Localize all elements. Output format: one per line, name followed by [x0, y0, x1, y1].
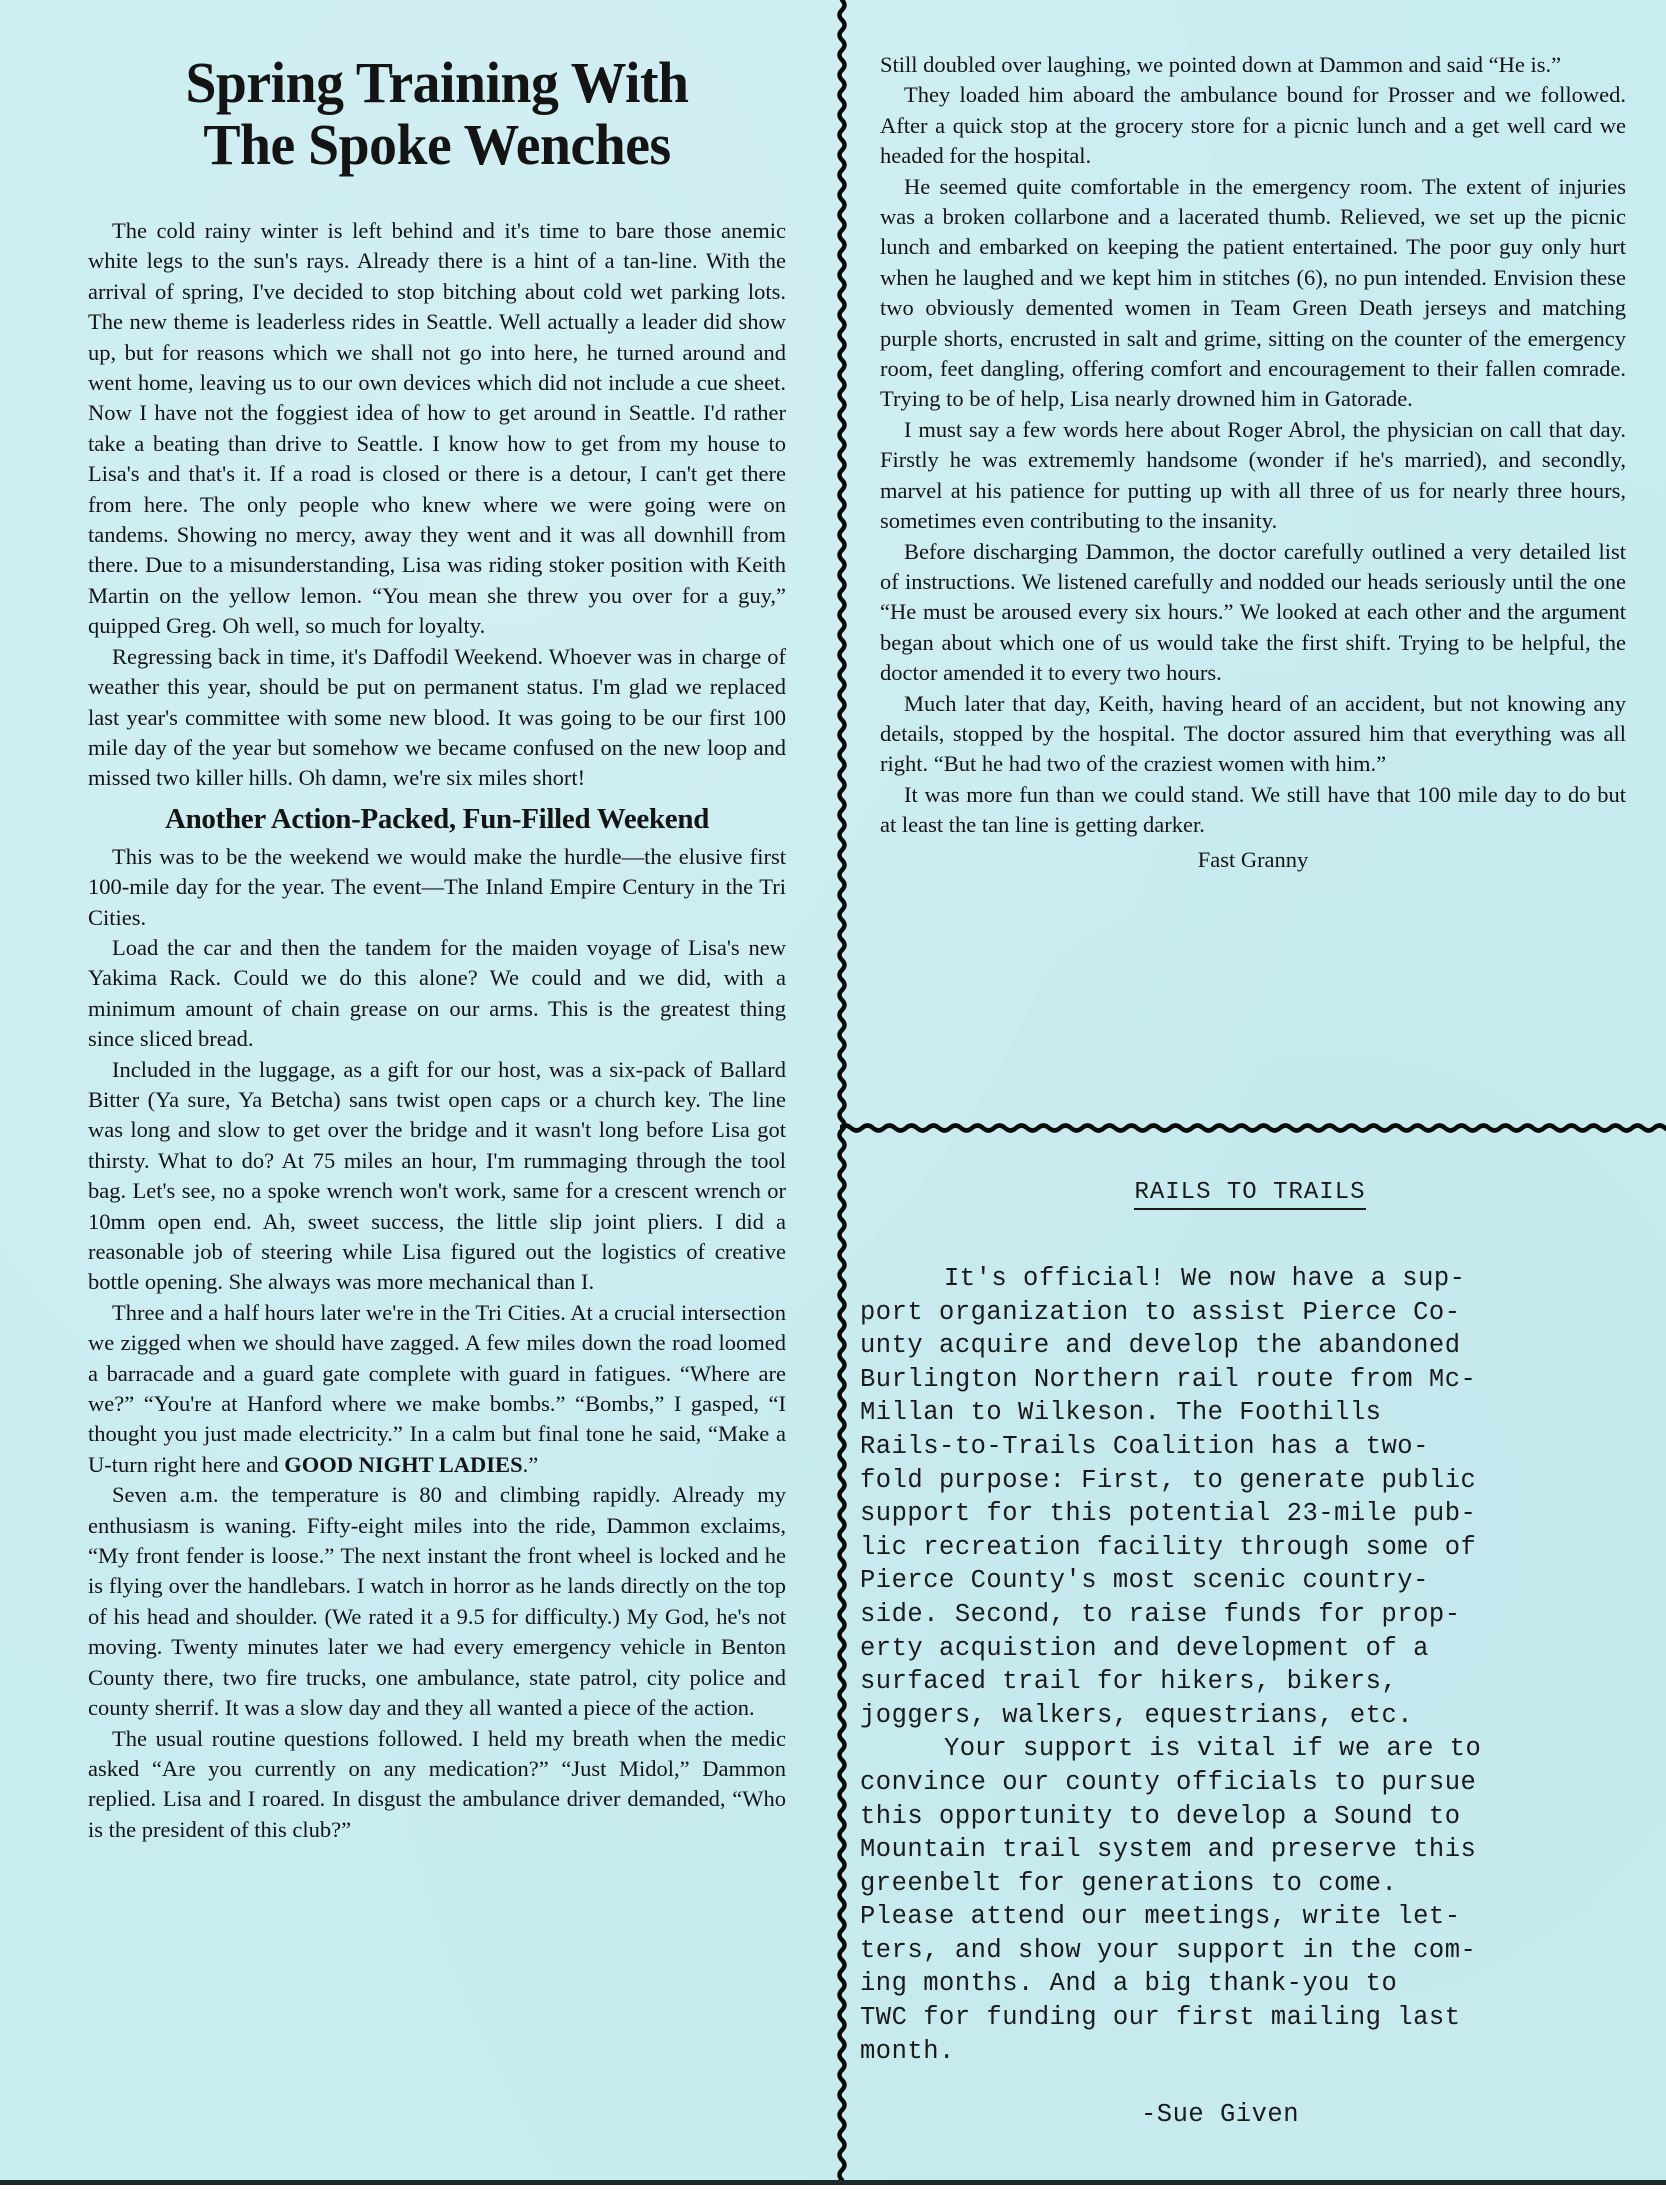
article-title-line-2: The Spoke Wenches: [203, 112, 670, 177]
article-body-part-1: The cold rainy winter is left behind and…: [88, 216, 786, 794]
article-paragraph: Still doubled over laughing, we pointed …: [880, 50, 1626, 80]
article-paragraph: It was more fun than we could stand. We …: [880, 780, 1626, 841]
article-paragraph: The usual routine questions followed. I …: [88, 1724, 786, 1846]
article-title: Spring Training With The Spoke Wenches: [102, 52, 772, 176]
article-title-line-1: Spring Training With: [185, 50, 688, 115]
rails-author-signature: -Sue Given: [860, 2098, 1640, 2132]
article-paragraph-hanford: Three and a half hours later we're in th…: [88, 1298, 786, 1480]
wavy-vertical-divider: [830, 0, 854, 2180]
article-paragraph: The cold rainy winter is left behind and…: [88, 216, 786, 642]
article-right-column: Still doubled over laughing, we pointed …: [880, 50, 1626, 875]
wavy-horizontal-divider: [840, 1116, 1666, 1140]
hanford-text-after: .”: [523, 1452, 539, 1477]
article-paragraph: I must say a few words here about Roger …: [880, 415, 1626, 537]
rails-to-trails-section: RAILS TO TRAILS It's official! We now ha…: [860, 1160, 1640, 2132]
article-left-column: Spring Training With The Spoke Wenches T…: [88, 52, 786, 1845]
article-paragraph: Included in the luggage, as a gift for o…: [88, 1055, 786, 1298]
article-author-signature: Fast Granny: [880, 845, 1626, 875]
article-paragraph: This was to be the weekend we would make…: [88, 842, 786, 933]
page-bottom-edge: [0, 2180, 1666, 2185]
article-subheading: Another Action-Packed, Fun-Filled Weeken…: [88, 802, 786, 836]
rails-paragraph-2: Your support is vital if we are to convi…: [860, 1732, 1640, 2068]
rails-to-trails-heading: RAILS TO TRAILS: [860, 1178, 1640, 1208]
article-paragraph: Load the car and then the tandem for the…: [88, 933, 786, 1055]
article-paragraph: Seven a.m. the temperature is 80 and cli…: [88, 1480, 786, 1723]
good-night-ladies-bold: GOOD NIGHT LADIES: [284, 1452, 522, 1477]
hanford-text-before: Three and a half hours later we're in th…: [88, 1300, 786, 1477]
article-paragraph: They loaded him aboard the ambulance bou…: [880, 80, 1626, 171]
article-body-part-2: This was to be the weekend we would make…: [88, 842, 786, 1845]
article-paragraph: He seemed quite comfortable in the emerg…: [880, 172, 1626, 415]
article-paragraph: Before discharging Dammon, the doctor ca…: [880, 537, 1626, 689]
rails-to-trails-title: RAILS TO TRAILS: [1134, 1179, 1365, 1210]
article-paragraph: Much later that day, Keith, having heard…: [880, 689, 1626, 780]
newsletter-page: Spring Training With The Spoke Wenches T…: [0, 0, 1666, 2184]
article-paragraph: Regressing back in time, it's Daffodil W…: [88, 642, 786, 794]
rails-paragraph-1: It's official! We now have a sup- port o…: [860, 1262, 1640, 1732]
article-continued-body: Still doubled over laughing, we pointed …: [880, 50, 1626, 841]
